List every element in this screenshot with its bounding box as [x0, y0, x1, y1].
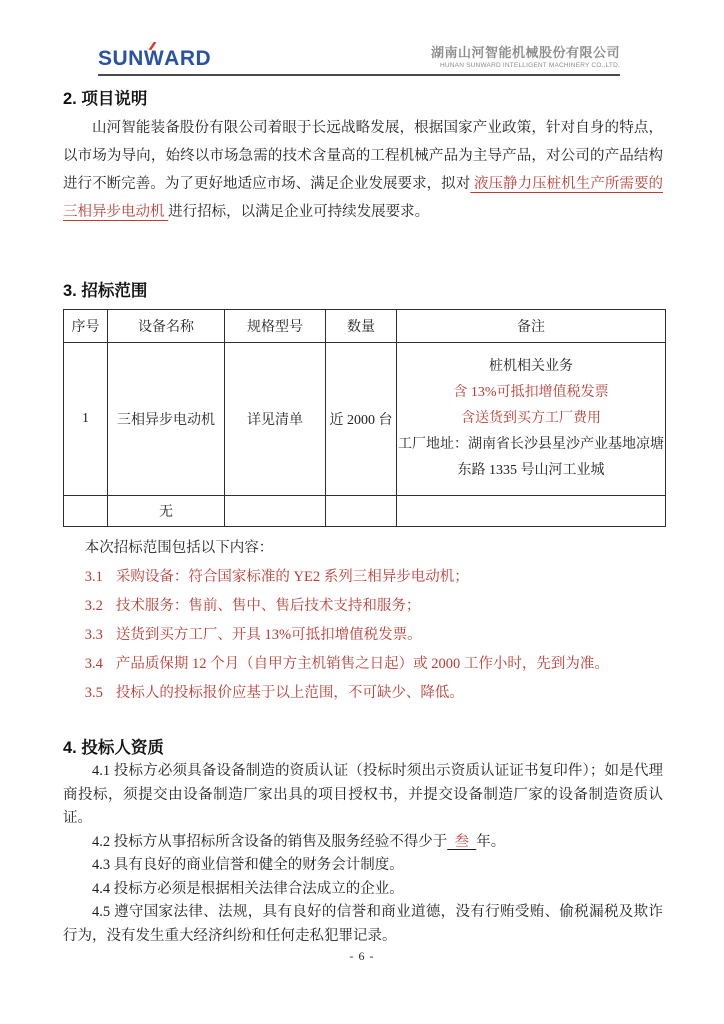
- qualification-item-41: 4.1 投标方必须具备设备制造的资质认证（投标时须出示资质认证证书复印件）；如是…: [63, 760, 663, 831]
- page-number: - 6 -: [0, 949, 724, 964]
- cell-remark: 桩机相关业务 含 13%可抵扣增值税发票 含送货到买方工厂费用 工厂地址：湖南省…: [397, 342, 666, 495]
- logo-letter-w: W: [144, 48, 164, 69]
- section-heading-project-description: 2. 项目说明: [63, 89, 663, 110]
- cell-qty: [326, 495, 397, 526]
- col-header-device: 设备名称: [108, 309, 225, 342]
- remark-delivery-line: 含送货到买方工厂费用: [397, 406, 665, 432]
- cell-spec: [225, 495, 326, 526]
- item-text: 采购设备：符合国家标准的 YE2 系列三相异步电动机；: [116, 569, 469, 585]
- item-42-prefix: 4.2 投标方从事招标所含设备的销售及服务经验不得少于: [92, 834, 447, 850]
- scope-items-list: 3.1采购设备：符合国家标准的 YE2 系列三相异步电动机； 3.2技术服务：售…: [63, 563, 663, 708]
- table-header-row: 序号 设备名称 规格型号 数量 备注: [64, 309, 666, 342]
- company-name-block: 湖南山河智能机械股份有限公司 HUNAN SUNWARD INTELLIGENT…: [431, 46, 620, 69]
- logo-text-sun: SUN: [98, 47, 144, 70]
- cell-qty: 近 2000 台: [326, 342, 397, 495]
- col-header-remark: 备注: [397, 309, 666, 342]
- scope-intro-line: 本次招标范围包括以下内容：: [63, 536, 663, 557]
- logo-text-ard: ARD: [164, 47, 211, 70]
- item-text: 技术服务：售前、售中、售后技术支持和服务；: [116, 598, 421, 614]
- cell-spec: 详见清单: [225, 342, 326, 495]
- item-text: 产品质保期 12 个月（自甲方主机销售之日起）或 2000 工作小时，先到为准。: [116, 656, 609, 672]
- remark-factory-address: 工厂地址：湖南省长沙县星沙产业基地凉塘东路 1335 号山河工业城: [397, 432, 665, 484]
- item-number: 3.3: [85, 627, 103, 643]
- sunward-logo: SUNWARD: [98, 48, 211, 69]
- list-item: 3.2技术服务：售前、售中、售后技术支持和服务；: [63, 592, 663, 621]
- list-item: 3.3送货到买方工厂、开具 13%可抵扣增值税发票。: [63, 621, 663, 650]
- item-number: 3.5: [85, 685, 103, 701]
- qualification-item-42: 4.2 投标方从事招标所含设备的销售及服务经验不得少于 叁 年。: [63, 831, 663, 855]
- item-42-suffix: 年。: [476, 834, 505, 850]
- item-text: 投标人的投标报价应基于以上范围，不可缺少、降低。: [116, 685, 464, 701]
- cell-index: 1: [64, 342, 108, 495]
- remark-business-line: 桩机相关业务: [397, 354, 665, 380]
- company-name-english: HUNAN SUNWARD INTELLIGENT MACHINERY CO.,…: [431, 62, 620, 69]
- item-number: 3.2: [85, 598, 103, 614]
- col-header-qty: 数量: [326, 309, 397, 342]
- document-body: 2. 项目说明 山河智能装备股份有限公司着眼于长远战略发展，根据国家产业政策，针…: [0, 89, 724, 948]
- page-header: SUNWARD 湖南山河智能机械股份有限公司 HUNAN SUNWARD INT…: [98, 46, 620, 76]
- qualification-item-44: 4.4 投标方必须是根据相关法律合法成立的企业。: [63, 878, 663, 902]
- underlined-blank: 叁: [447, 834, 476, 850]
- list-item: 3.4产品质保期 12 个月（自甲方主机销售之日起）或 2000 工作小时，先到…: [63, 650, 663, 679]
- table-row: 无: [64, 495, 666, 526]
- qualification-item-43: 4.3 具有良好的商业信誉和健全的财务会计制度。: [63, 854, 663, 878]
- company-name-chinese: 湖南山河智能机械股份有限公司: [431, 46, 620, 61]
- col-header-index: 序号: [64, 309, 108, 342]
- list-item: 3.1采购设备：符合国家标准的 YE2 系列三相异步电动机；: [63, 563, 663, 592]
- cell-remark: [397, 495, 666, 526]
- cell-device: 无: [108, 495, 225, 526]
- section-heading-bidder-qualifications: 4. 投标人资质: [63, 738, 663, 759]
- tender-scope-table: 序号 设备名称 规格型号 数量 备注 1 三相异步电动机 详见清单 近 2000…: [63, 309, 666, 527]
- cell-device: 三相异步电动机: [108, 342, 225, 495]
- section-heading-tender-scope: 3. 招标范围: [63, 281, 663, 302]
- list-item: 3.5投标人的投标报价应基于以上范围，不可缺少、降低。: [63, 679, 663, 708]
- item-number: 3.1: [85, 569, 103, 585]
- col-header-spec: 规格型号: [225, 309, 326, 342]
- item-text: 送货到买方工厂、开具 13%可抵扣增值税发票。: [116, 627, 422, 643]
- paragraph-text-tail: 进行招标，以满足企业可持续发展要求。: [168, 204, 429, 220]
- handwritten-three: 叁: [455, 834, 470, 850]
- item-number: 3.4: [85, 656, 103, 672]
- qualification-item-45: 4.5 遵守国家法律、法规，具有良好的信誉和商业道德，没有行贿受贿、偷税漏税及欺…: [63, 901, 663, 948]
- table-row: 1 三相异步电动机 详见清单 近 2000 台 桩机相关业务 含 13%可抵扣增…: [64, 342, 666, 495]
- remark-vat-line: 含 13%可抵扣增值税发票: [397, 380, 665, 406]
- document-page: SUNWARD 湖南山河智能机械股份有限公司 HUNAN SUNWARD INT…: [0, 0, 724, 1024]
- cell-index: [64, 495, 108, 526]
- project-description-paragraph: 山河智能装备股份有限公司着眼于长远战略发展，根据国家产业政策，针对自身的特点，以…: [63, 114, 663, 226]
